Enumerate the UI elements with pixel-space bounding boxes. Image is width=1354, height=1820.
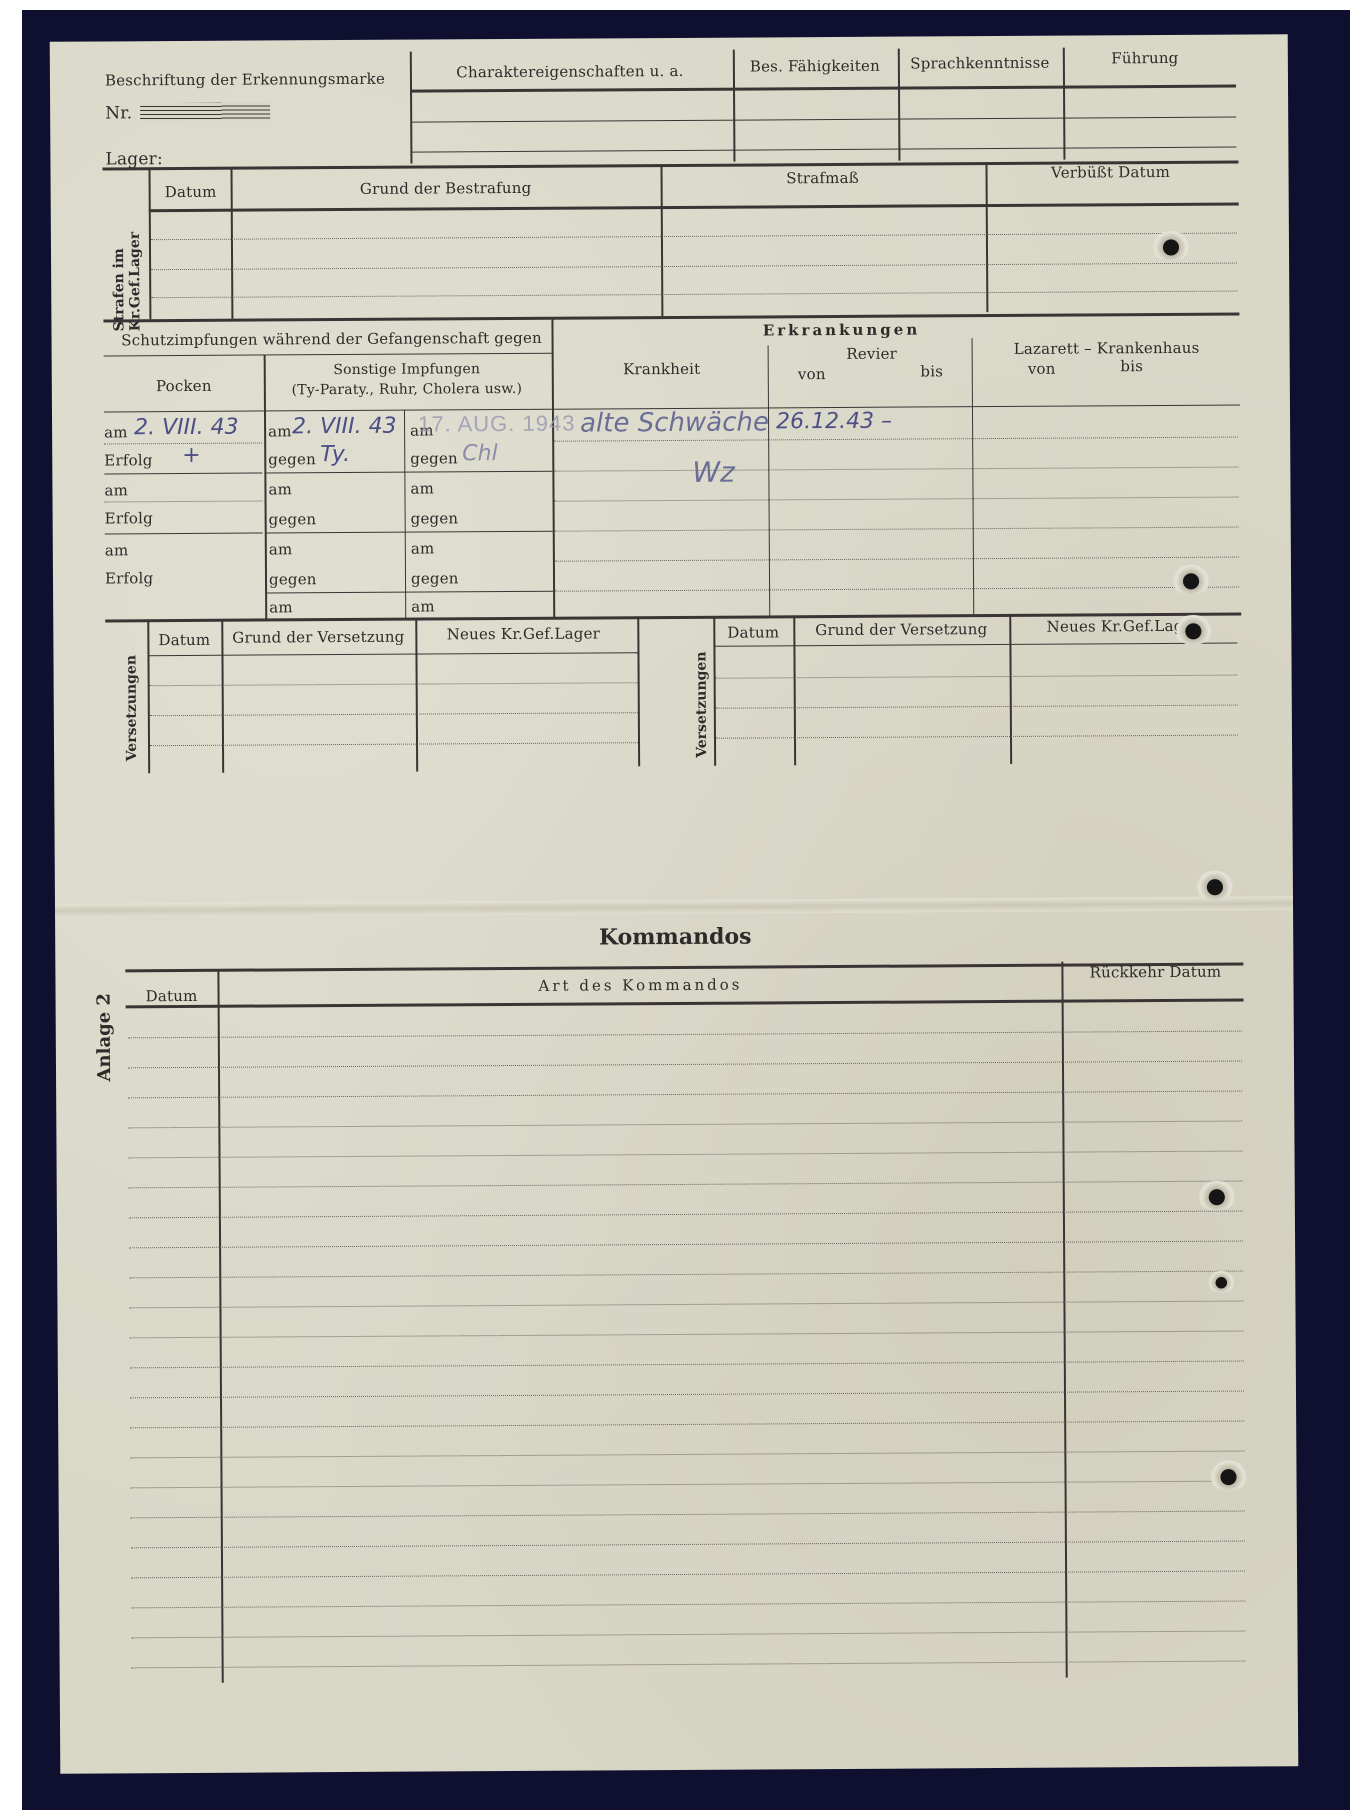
col-krankheit: Krankheit [623,360,700,378]
kommando-row[interactable] [130,1331,1244,1339]
illnesses-title: Erkrankungen [763,320,921,339]
kommando-row[interactable] [130,1361,1244,1369]
sonstige-a-am-4: am [269,598,293,616]
revier-von: von [798,365,826,383]
punishment-row-3[interactable] [151,291,1237,299]
punch-hole [1195,871,1235,901]
sonstige-b-gegen-1: gegen [410,449,458,467]
sonstige-a-gegen-1: gegen [268,450,316,468]
sonstige-a-am-1: am [268,422,292,440]
handwritten-pocken-date: 2. VIII. 43 [134,415,239,441]
illness-row-4[interactable] [555,527,1239,532]
kommando-header-rueckkehr: Rückkehr Datum [1090,963,1222,982]
kommando-row[interactable] [128,1031,1242,1039]
transfers-side-label-left: Versetzungen [123,655,140,761]
kommando-row[interactable] [129,1181,1243,1189]
charakter-line-2[interactable] [412,147,1236,153]
punishment-header-verbuesst: Verbüßt Datum [1051,163,1170,182]
punch-hole [1197,1181,1237,1211]
revier-bis: bis [920,362,943,380]
punch-hole [1171,565,1211,595]
kommando-header-datum: Datum [146,987,198,1005]
handwritten-signature: Wz [692,456,735,489]
kommando-row[interactable] [130,1391,1244,1399]
transfer-right-header-grund: Grund der Versetzung [815,620,987,639]
sonstige-b-gegen-2: gegen [411,509,459,527]
kommando-row[interactable] [131,1631,1245,1639]
col-lazarett: Lazarett – Krankenhaus [1014,339,1200,358]
sonstige-b-gegen-3: gegen [411,569,459,587]
paper-fold [55,896,1293,918]
handwritten-krankheit: alte Schwäche [580,407,769,438]
sonstige-a-gegen-2: gegen [269,510,317,528]
pocken-erfolg-2: Erfolg [105,509,153,527]
col-sonstige-sub: (Ty-Paraty., Ruhr, Cholera usw.) [292,381,523,398]
punch-hole [1173,615,1213,645]
vaccinations-title: Schutzimpfungen während der Gefangenscha… [121,329,542,350]
punishment-header-grund: Grund der Bestrafung [360,179,532,198]
punch-hole [1207,1271,1235,1293]
header-fuehrung: Führung [1111,49,1178,67]
charakter-line-1[interactable] [412,117,1236,123]
header-faehigkeiten: Bes. Fähigkeiten [750,57,880,76]
header-charakter: Charaktereigenschaften u. a. [456,62,683,81]
punishment-row-1[interactable] [151,233,1237,241]
kommando-row[interactable] [131,1541,1245,1549]
transfer-left-header-grund: Grund der Versetzung [232,628,404,647]
kommando-row[interactable] [131,1601,1245,1609]
punch-hole [1208,1461,1248,1491]
kommandos-title: Kommandos [599,924,752,951]
col-revier: Revier [846,345,897,363]
transfers-side-label-right: Versetzungen [693,651,710,757]
transfer-left-header-datum: Datum [158,631,210,649]
nr-lines [140,102,270,121]
punishment-header-datum: Datum [165,183,217,201]
lazarett-bis: bis [1120,357,1143,375]
kommando-row[interactable] [131,1511,1245,1519]
handwritten-revier-von: 26.12.43 – [776,409,892,435]
pocken-erfolg-1: Erfolg [104,451,152,469]
kommando-row[interactable] [130,1421,1244,1429]
lazarett-von: von [1028,360,1056,378]
sonstige-a-am-2: am [268,480,292,498]
sonstige-b-am-4: am [411,597,435,615]
kommando-row[interactable] [129,1151,1243,1159]
handwritten-pocken-result: + [182,443,201,468]
punch-hole [1151,231,1191,261]
date-stamp: 17. AUG. 1943 [418,411,575,438]
transfer-left-header-lager: Neues Kr.Gef.Lager [447,624,600,643]
pocken-am-1: am [104,423,128,441]
pocken-am-2: am [104,481,128,499]
kommando-row[interactable] [132,1661,1246,1669]
kommando-row[interactable] [128,1061,1242,1069]
nr-label: Nr. [105,103,132,123]
col-sonstige: Sonstige Impfungen [333,361,480,378]
kommando-row[interactable] [129,1271,1243,1279]
kommando-row[interactable] [129,1211,1243,1219]
col-pocken: Pocken [156,377,212,395]
illness-row-6[interactable] [555,587,1239,592]
header-sprache: Sprachkenntnisse [910,54,1049,73]
kommando-row[interactable] [129,1301,1243,1309]
illness-row-5[interactable] [555,557,1239,562]
sonstige-b-am-2: am [410,479,434,497]
kommando-row[interactable] [129,1241,1243,1249]
sonstige-b-am-3: am [411,539,435,557]
punishment-header-strafmass: Strafmaß [786,169,859,187]
illness-row-3[interactable] [555,497,1239,502]
pocken-field-2[interactable] [105,501,263,503]
kommando-row[interactable] [128,1091,1242,1099]
kommando-row[interactable] [131,1481,1245,1489]
pocken-erfolg-3: Erfolg [105,569,153,587]
kommando-row[interactable] [130,1451,1244,1459]
kommando-row[interactable] [128,1121,1242,1129]
transfer-right-header-datum: Datum [727,623,779,641]
kommando-header-art: Art des Kommandos [538,976,742,995]
handwritten-sonstige-against: Ty. [320,442,350,467]
record-card-page: Beschriftung der Erkennungsmarke Nr. Lag… [50,34,1299,1774]
kommando-row[interactable] [131,1571,1245,1579]
annex-label: Anlage 2 [94,993,116,1082]
handwritten-sonstige-date: 2. VIII. 43 [292,414,397,440]
sonstige-a-am-3: am [269,540,293,558]
pocken-am-3: am [105,541,129,559]
punishments-side-label: Strafen im Kr.Gef.Lager [111,232,144,332]
illness-row-2[interactable] [554,467,1238,472]
handwritten-sonstige2-against: Chl [462,441,498,466]
id-tag-title: Beschriftung der Erkennungsmarke [105,70,385,90]
sonstige-a-gegen-3: gegen [269,570,317,588]
punishment-row-2[interactable] [151,263,1237,271]
